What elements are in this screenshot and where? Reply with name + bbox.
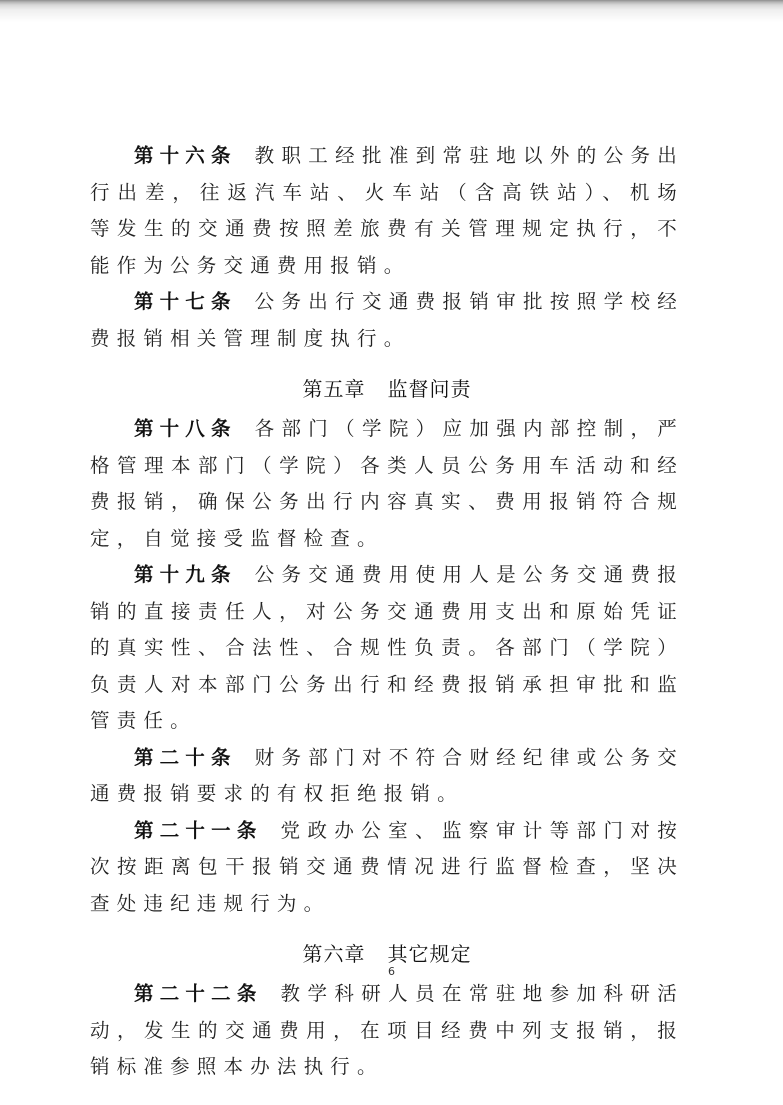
article-16: 第十六条教职工经批准到常驻地以外的公务出行出差，往返汽车站、火车站（含高铁站）、… <box>90 138 684 284</box>
chapter-number: 第五章 <box>303 377 366 401</box>
article-label: 第十七条 <box>134 290 237 313</box>
article-label: 第十八条 <box>134 417 237 440</box>
chapter-title: 监督问责 <box>388 377 472 401</box>
page-number: 6 <box>0 965 783 978</box>
article-label: 第二十二条 <box>134 982 263 1005</box>
article-label: 第十九条 <box>134 563 237 586</box>
document-page: 第十六条教职工经批准到常驻地以外的公务出行出差，往返汽车站、火车站（含高铁站）、… <box>90 138 684 1086</box>
viewer-top-shadow <box>0 0 783 22</box>
article-label: 第二十一条 <box>134 819 263 842</box>
article-17: 第十七条公务出行交通费报销审批按照学校经费报销相关管理制度执行。 <box>90 284 684 357</box>
article-18: 第十八条各部门（学院）应加强内部控制，严格管理本部门（学院）各类人员公务用车活动… <box>90 411 684 557</box>
chapter-title: 其它规定 <box>388 942 472 966</box>
article-20: 第二十条财务部门对不符合财经纪律或公务交通费报销要求的有权拒绝报销。 <box>90 740 684 813</box>
article-22: 第二十二条教学科研人员在常驻地参加科研活动，发生的交通费用，在项目经费中列支报销… <box>90 976 684 1086</box>
article-label: 第二十条 <box>134 746 237 769</box>
article-label: 第十六条 <box>134 144 237 167</box>
chapter-5-heading: 第五章监督问责 <box>90 371 684 407</box>
chapter-number: 第六章 <box>303 942 366 966</box>
article-text: 公务交通费用使用人是公务交通费报销的直接责任人，对公务交通费用支出和原始凭证的真… <box>90 563 684 732</box>
article-21: 第二十一条党政办公室、监察审计等部门对按次按距离包干报销交通费情况进行监督检查，… <box>90 813 684 923</box>
article-19: 第十九条公务交通费用使用人是公务交通费报销的直接责任人，对公务交通费用支出和原始… <box>90 557 684 740</box>
